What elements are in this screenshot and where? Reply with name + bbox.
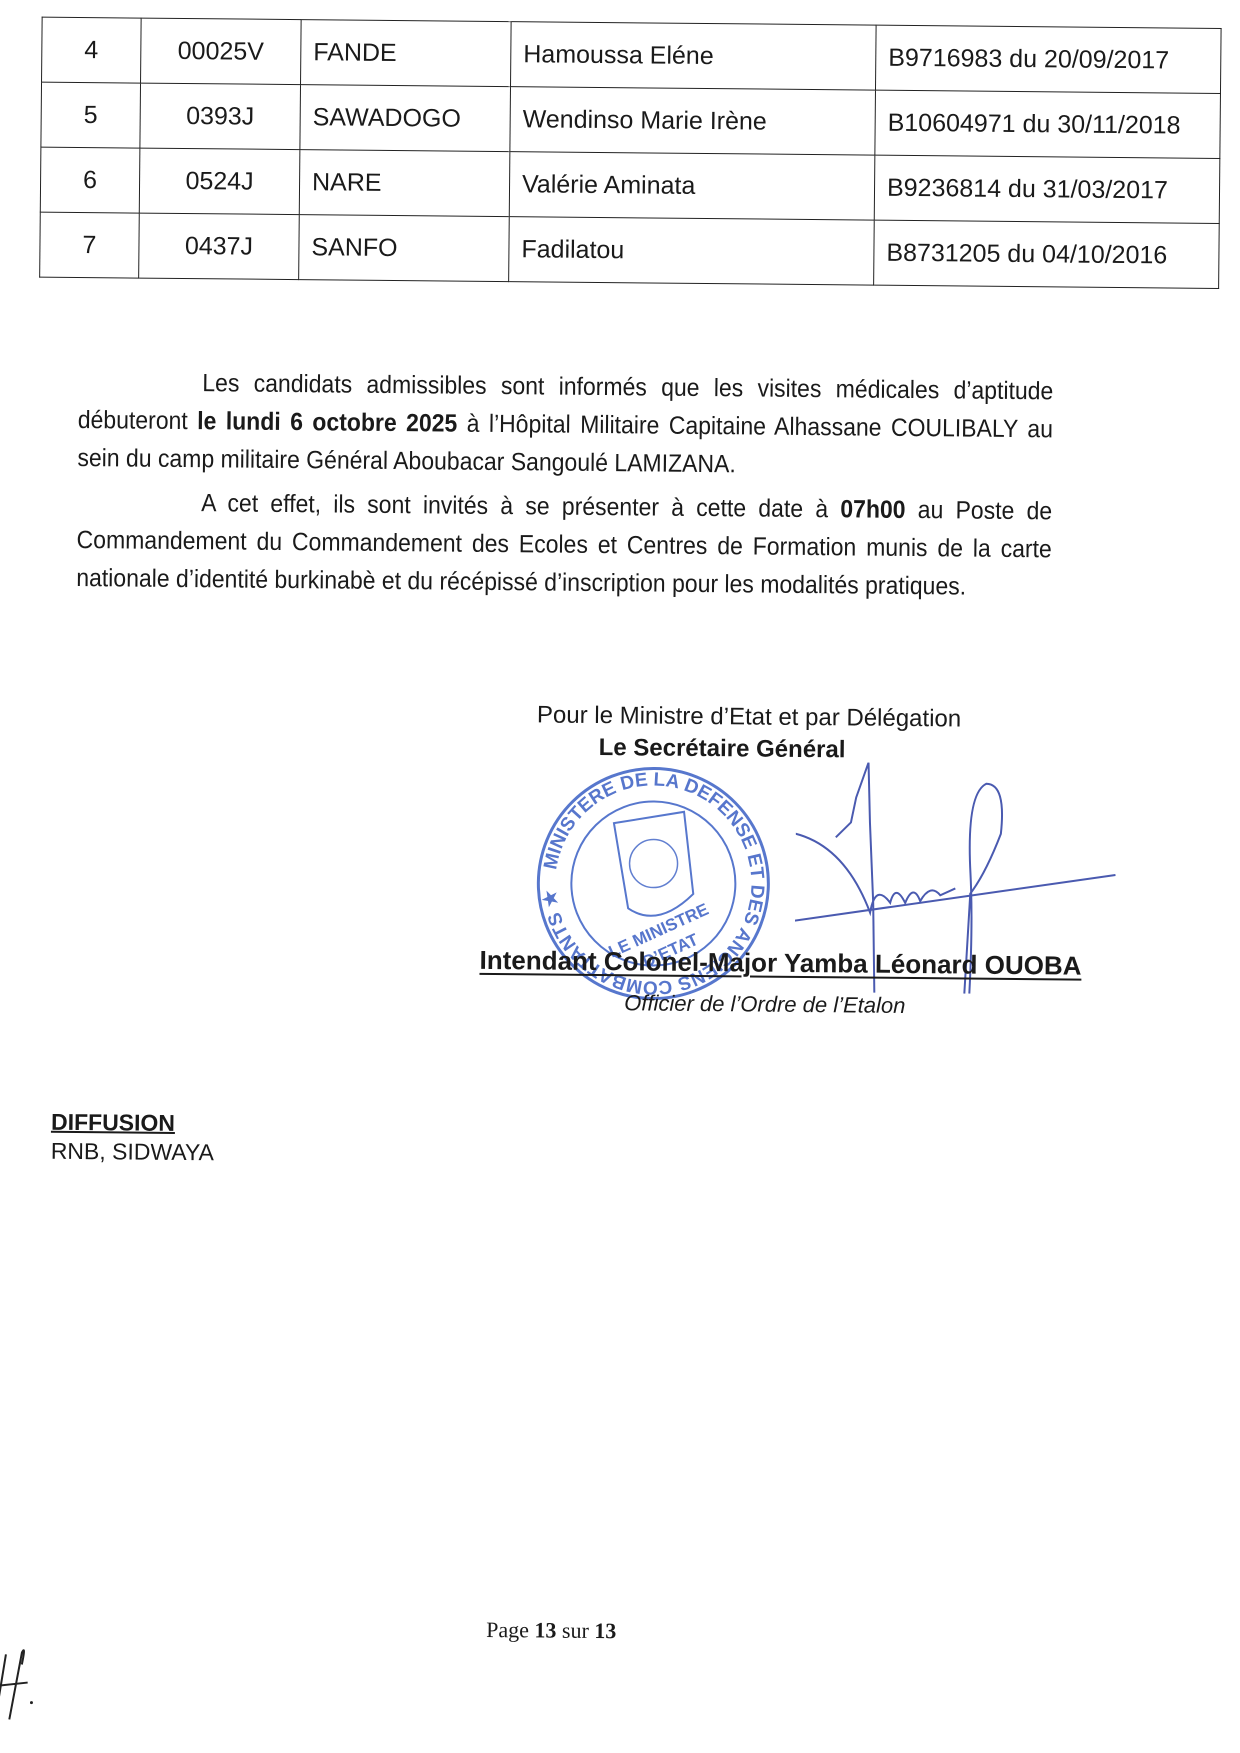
first-names: Wendinso Marie Irène: [510, 87, 876, 156]
notice-body: Les candidats admissibles sont informés …: [76, 363, 1053, 612]
matricule: 0437J: [139, 213, 300, 280]
page-number: Page 13 sur 13: [486, 1617, 616, 1644]
first-names: Valérie Aminata: [509, 152, 875, 221]
delegation-line: Pour le Ministre d’Etat et par Délégatio…: [537, 701, 961, 733]
diffusion-list: RNB, SIDWAYA: [51, 1138, 214, 1167]
first-names: Fadilatou: [509, 217, 875, 286]
first-names: Hamoussa Eléne: [511, 22, 877, 91]
id-card: B9236814 du 31/03/2017: [874, 155, 1220, 223]
visit-time: 07h00: [840, 495, 905, 524]
row-number: 5: [41, 82, 141, 148]
candidates-table: 4 00025V FANDE Hamoussa Eléne B9716983 d…: [39, 17, 1221, 289]
last-name: FANDE: [301, 20, 512, 87]
last-name: SANFO: [299, 215, 510, 282]
paragraph-medical-visits: Les candidats admissibles sont informés …: [77, 363, 1053, 486]
id-card: B9716983 du 20/09/2017: [875, 25, 1221, 93]
matricule: 00025V: [141, 18, 302, 85]
diffusion-block: DIFFUSION RNB, SIDWAYA: [51, 1109, 215, 1167]
table-row: 4 00025V FANDE Hamoussa Eléne B9716983 d…: [42, 17, 1222, 93]
visit-date: le lundi 6 octobre 2025: [197, 407, 457, 437]
id-card: B10604971 du 30/11/2018: [875, 90, 1221, 158]
row-number: 6: [40, 147, 140, 213]
paragraph-instructions: A cet effet, ils sont invités à se prése…: [76, 483, 1052, 606]
table-row: 7 0437J SANFO Fadilatou B8731205 du 04/1…: [40, 212, 1220, 288]
signatory-rank: Officier de l’Ordre de l’Etalon: [624, 990, 905, 1019]
matricule: 0393J: [140, 83, 301, 150]
signer-title: Le Secrétaire Général: [599, 734, 846, 764]
document-page: 4 00025V FANDE Hamoussa Eléne B9716983 d…: [0, 0, 1240, 1753]
row-number: 4: [42, 17, 142, 83]
row-number: 7: [40, 212, 140, 278]
table-row: 6 0524J NARE Valérie Aminata B9236814 du…: [40, 147, 1220, 223]
signature-block: Pour le Ministre d’Etat et par Délégatio…: [527, 701, 1127, 707]
signatory-name: Intendant Colonel-Major Yamba Léonard OU…: [479, 945, 1081, 982]
last-name: NARE: [299, 150, 510, 217]
table-row: 5 0393J SAWADOGO Wendinso Marie Irène B1…: [41, 82, 1221, 158]
id-card: B8731205 du 04/10/2016: [874, 220, 1220, 288]
diffusion-title: DIFFUSION: [51, 1109, 214, 1138]
last-name: SAWADOGO: [300, 85, 511, 152]
matricule: 0524J: [139, 148, 300, 215]
initials-icon: [0, 1644, 48, 1725]
